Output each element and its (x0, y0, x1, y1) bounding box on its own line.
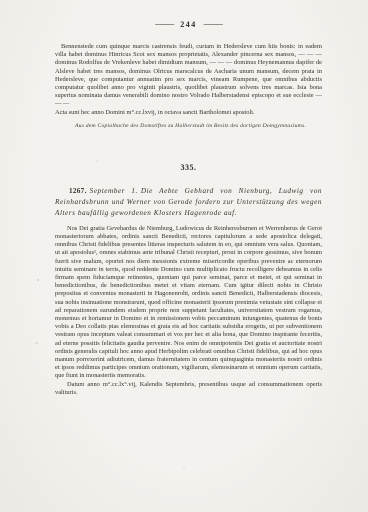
paper-speck (35, 342, 38, 344)
regest-year: 1267. (69, 187, 87, 195)
paper-speck (37, 279, 39, 281)
entry-335-latin-text: Nos Dei gratia Gevehardus de Niemburg, L… (55, 225, 322, 381)
entry-335-datum-line: Datum anno m°.cc.lx°.vij, Kalendis Septe… (55, 381, 322, 397)
page-header: ——— 244 ——— (55, 20, 322, 29)
prev-entry-acta-line: Acta sunt hec anno Domini m°.cc.lxvij, i… (55, 109, 322, 117)
header-rule-right: ——— (204, 20, 222, 28)
paper-speck (183, 468, 185, 470)
entry-number-335: 335. (55, 163, 322, 172)
prev-entry-text: Bennenstede cum quinque marcis castrensi… (55, 43, 322, 109)
page-number: 244 (180, 20, 197, 29)
prev-entry-source-note: Aus dem Copialbuche des Domstiftes zu Ha… (75, 123, 322, 129)
regest-date: September 1. (90, 187, 138, 195)
header-rule-left: ——— (155, 20, 173, 28)
paper-speck (96, 160, 98, 162)
scanned-book-page: ——— 244 ——— Bennenstede cum quinque marc… (0, 0, 368, 512)
entry-335-regest: 1267.September 1.Die Aebte Gebhard von N… (55, 186, 322, 219)
